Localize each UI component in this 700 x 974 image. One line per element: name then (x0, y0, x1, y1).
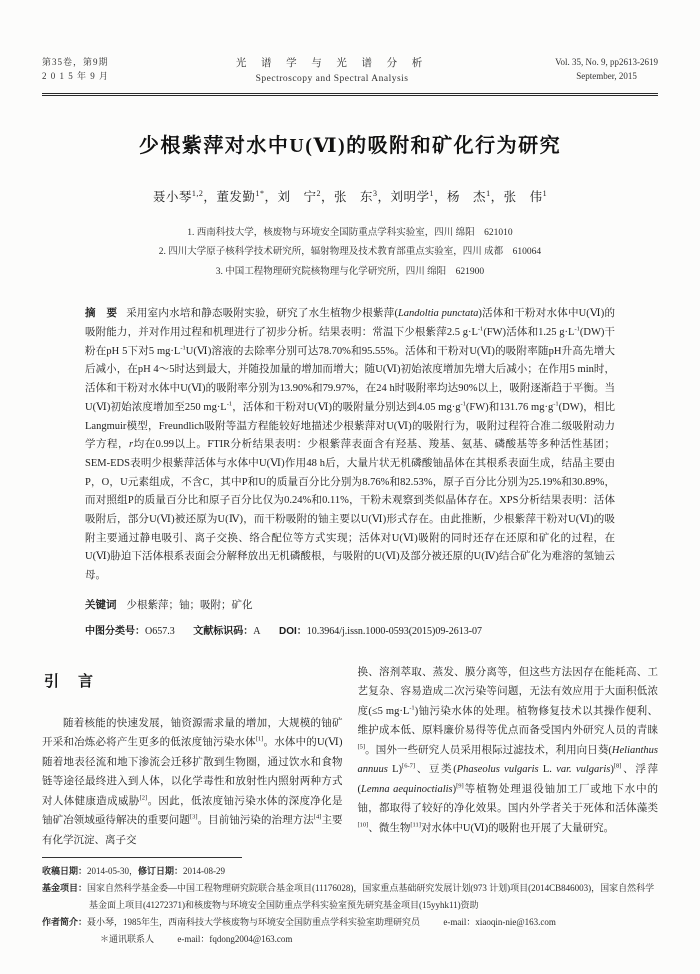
classification-line: 中图分类号：O657.3 文献标识码：A DOI：10.3964/j.issn.… (85, 622, 615, 637)
corresponding-email: e-mail：fqdong2004@163.com (177, 934, 292, 944)
abstract-text: 采用室内水培和静态吸附实验，研究了水生植物少根紫萍(Landoltia punc… (85, 308, 615, 581)
journal-name-cn: 光 谱 学 与 光 谱 分 析 (236, 56, 428, 72)
author-bio-line: 作者简介：聂小琴，1985年生，西南科技大学核废物与环境安全国防重点学科实验室助… (42, 914, 658, 931)
funding-label: 基金项目： (42, 883, 87, 893)
received-date: 2014-05-30， (87, 866, 138, 876)
affiliation-line: 2. 四川大学原子核科学技术研究所，辐射物理及技术教育部重点实验室，四川 成都 … (42, 243, 658, 262)
header-issue-block: Vol. 35, No. 9, pp2613-2619 September, 2… (555, 56, 658, 83)
keywords-line: 关键词少根紫萍；铀；吸附；矿化 (85, 597, 615, 612)
date-cn: 2 0 1 5 年 9 月 (42, 70, 109, 84)
volume-issue-cn: 第35卷，第9期 (42, 56, 109, 70)
received-line: 收稿日期：2014-05-30，修订日期：2014-08-29 (42, 863, 658, 880)
volume-issue-en: Vol. 35, No. 9, pp2613-2619 (555, 56, 658, 70)
date-en: September, 2015 (555, 70, 658, 84)
journal-name-en: Spectroscopy and Spectral Analysis (236, 72, 428, 86)
journal-page: 第35卷，第9期 2 0 1 5 年 9 月 光 谱 学 与 光 谱 分 析 S… (0, 0, 700, 974)
funding-line: 基金项目：国家自然科学基金委—中国工程物理研究院联合基金项目(11176028)… (42, 880, 658, 914)
journal-header: 第35卷，第9期 2 0 1 5 年 9 月 光 谱 学 与 光 谱 分 析 S… (42, 56, 658, 86)
intro-paragraph-left: 随着核能的快速发展，铀资源需求量的增加，大规模的铀矿开采和冶炼必将产生更多的低浓… (42, 714, 343, 851)
footnote-rule (42, 857, 242, 858)
article-title: 少根紫萍对水中U(Ⅵ)的吸附和矿化行为研究 (42, 129, 658, 158)
affiliation-line: 1. 西南科技大学，核废物与环境安全国防重点学科实验室，四川 绵阳 621010 (42, 224, 658, 243)
doc-code-label: 文献标识码： (193, 626, 253, 637)
author-list: 聂小琴1,2，董发勤1*，刘 宁2，张 东3，刘明学1，杨 杰1，张 伟1 (42, 187, 658, 205)
doi-label: DOI： (279, 626, 307, 637)
doc-code-value: A (253, 626, 260, 637)
keywords-label: 关键词 (85, 599, 117, 611)
bio-email: e-mail：xiaoqin-nie@163.com (443, 917, 556, 927)
bio-text: 聂小琴，1985年生，西南科技大学核废物与环境安全国防重点学科实验室助理研究员 (87, 917, 420, 927)
abstract-label: 摘 要 (85, 307, 117, 319)
received-label: 收稿日期： (42, 866, 87, 876)
keywords-text: 少根紫萍；铀；吸附；矿化 (127, 600, 253, 611)
journal-name-block: 光 谱 学 与 光 谱 分 析 Spectroscopy and Spectra… (236, 56, 428, 86)
funding-text: 国家自然科学基金委—中国工程物理研究院联合基金项目(11176028)，国家重点… (87, 883, 654, 910)
revised-label: 修订日期： (138, 866, 183, 876)
header-double-rule (42, 93, 658, 96)
right-column: 换、溶剂萃取、蒸发、膜分离等，但这些方法因存在能耗高、工艺复杂、容易造成二次污染… (358, 663, 659, 851)
revised-date: 2014-08-29 (183, 866, 225, 876)
header-volume-block: 第35卷，第9期 2 0 1 5 年 9 月 (42, 56, 109, 83)
bio-label: 作者简介： (42, 917, 87, 927)
left-column: 引 言 随着核能的快速发展，铀资源需求量的增加，大规模的铀矿开采和冶炼必将产生更… (42, 663, 343, 851)
doi-value: 10.3964/j.issn.1000-0593(2015)09-2613-07 (307, 626, 482, 637)
intro-paragraph-right: 换、溶剂萃取、蒸发、膜分离等，但这些方法因存在能耗高、工艺复杂、容易造成二次污染… (358, 663, 659, 839)
corresponding-note: ＊通讯联系人 (100, 934, 154, 944)
corresponding-line: ＊通讯联系人e-mail：fqdong2004@163.com (42, 931, 658, 948)
affiliation-list: 1. 西南科技大学，核废物与环境安全国防重点学科实验室，四川 绵阳 621010… (42, 224, 658, 282)
section-heading-introduction: 引 言 (44, 669, 343, 697)
abstract: 摘 要采用室内水培和静态吸附实验，研究了水生植物少根紫萍(Landoltia p… (85, 304, 615, 585)
affiliation-line: 3. 中国工程物理研究院核物理与化学研究所，四川 绵阳 621900 (42, 263, 658, 282)
clc-value: O657.3 (145, 626, 175, 637)
clc-label: 中图分类号： (85, 626, 145, 637)
footnote-block: 收稿日期：2014-05-30，修订日期：2014-08-29 基金项目：国家自… (42, 857, 658, 948)
body-columns: 引 言 随着核能的快速发展，铀资源需求量的增加，大规模的铀矿开采和冶炼必将产生更… (42, 663, 658, 851)
